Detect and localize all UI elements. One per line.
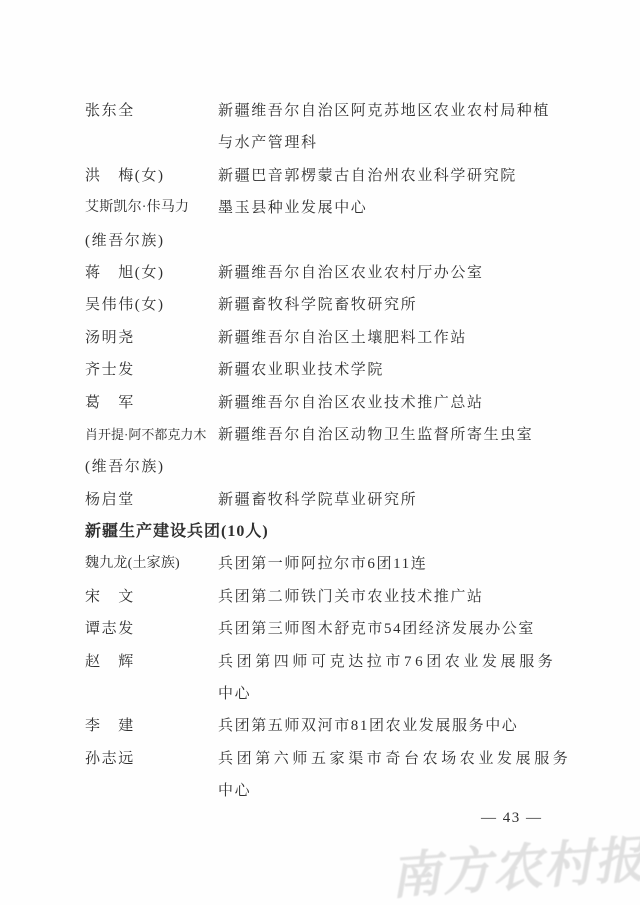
person-ethnic-note: (维吾尔族)	[85, 225, 218, 257]
org-name: 兵团第一师阿拉尔市6团11连	[218, 548, 560, 580]
table-row: 赵 辉 兵团第四师可克达拉市76团农业发展服务 中心	[85, 646, 560, 711]
table-row: 艾斯凯尔·佧马力 (维吾尔族) 墨玉县种业发展中心	[85, 192, 560, 257]
org-name: 新疆维吾尔自治区农业技术推广总站	[218, 387, 560, 419]
section-heading-text: 新疆生产建设兵团(10人)	[85, 516, 560, 548]
table-row: 吴伟伟(女) 新疆畜牧科学院畜牧研究所	[85, 289, 560, 321]
table-row: 洪 梅(女) 新疆巴音郭楞蒙古自治州农业科学研究院	[85, 160, 560, 192]
page-number: — 43 —	[481, 806, 543, 830]
org-name: 新疆畜牧科学院草业研究所	[218, 484, 560, 516]
section-heading: 新疆生产建设兵团(10人)	[85, 516, 560, 548]
person-name: 肖开提·阿不都克力木	[85, 419, 218, 451]
table-row: 肖开提·阿不都克力木 (维吾尔族) 新疆维吾尔自治区动物卫生监督所寄生虫室	[85, 419, 560, 484]
person-name: 张东全	[85, 95, 218, 127]
org-name: 新疆维吾尔自治区农业农村厅办公室	[218, 257, 560, 289]
person-name: 洪 梅(女)	[85, 160, 218, 192]
table-row: 汤明尧 新疆维吾尔自治区土壤肥料工作站	[85, 322, 560, 354]
table-row: 杨启堂 新疆畜牧科学院草业研究所	[85, 484, 560, 516]
table-row: 张东全 新疆维吾尔自治区阿克苏地区农业农村局种植 与水产管理科	[85, 95, 560, 160]
org-name: 兵团第四师可克达拉市76团农业发展服务	[218, 646, 560, 678]
person-name: 杨启堂	[85, 484, 218, 516]
org-name: 兵团第五师双河市81团农业发展服务中心	[218, 710, 560, 742]
table-row: 蒋 旭(女) 新疆维吾尔自治区农业农村厅办公室	[85, 257, 560, 289]
person-name: 宋 文	[85, 581, 218, 613]
person-name: 艾斯凯尔·佧马力	[85, 192, 218, 224]
person-name: 葛 军	[85, 387, 218, 419]
table-row: 孙志远 兵团第六师五家渠市奇台农场农业发展服务 中心	[85, 743, 560, 808]
org-name: 墨玉县种业发展中心	[218, 192, 560, 224]
person-name: 蒋 旭(女)	[85, 257, 218, 289]
person-name: 吴伟伟(女)	[85, 289, 218, 321]
table-row: 葛 军 新疆维吾尔自治区农业技术推广总站	[85, 387, 560, 419]
org-name: 新疆畜牧科学院畜牧研究所	[218, 289, 560, 321]
table-row: 宋 文 兵团第二师铁门关市农业技术推广站	[85, 581, 560, 613]
org-name: 兵团第六师五家渠市奇台农场农业发展服务	[218, 743, 560, 775]
org-name: 新疆农业职业技术学院	[218, 354, 560, 386]
person-name: 赵 辉	[85, 646, 218, 678]
org-name: 新疆维吾尔自治区阿克苏地区农业农村局种植	[218, 95, 560, 127]
person-name: 李 建	[85, 710, 218, 742]
org-name: 新疆巴音郭楞蒙古自治州农业科学研究院	[218, 160, 560, 192]
person-name: 汤明尧	[85, 322, 218, 354]
table-row: 齐士发 新疆农业职业技术学院	[85, 354, 560, 386]
table-row: 李 建 兵团第五师双河市81团农业发展服务中心	[85, 710, 560, 742]
org-name: 兵团第二师铁门关市农业技术推广站	[218, 581, 560, 613]
table-row: 谭志发 兵团第三师图木舒克市54团经济发展办公室	[85, 613, 560, 645]
newspaper-watermark: 南方农村报	[388, 819, 640, 905]
table-row: 魏九龙(土家族) 兵团第一师阿拉尔市6团11连	[85, 548, 560, 580]
org-name-continuation: 与水产管理科	[218, 127, 560, 159]
org-name: 新疆维吾尔自治区土壤肥料工作站	[218, 322, 560, 354]
org-name-continuation: 中心	[218, 678, 560, 710]
person-name: 谭志发	[85, 613, 218, 645]
org-name: 兵团第三师图木舒克市54团经济发展办公室	[218, 613, 560, 645]
person-name: 齐士发	[85, 354, 218, 386]
person-name: 魏九龙(土家族)	[85, 548, 218, 580]
document-page: 张东全 新疆维吾尔自治区阿克苏地区农业农村局种植 与水产管理科 洪 梅(女) 新…	[0, 0, 640, 905]
org-name-continuation: 中心	[218, 775, 560, 807]
name-list: 张东全 新疆维吾尔自治区阿克苏地区农业农村局种植 与水产管理科 洪 梅(女) 新…	[85, 95, 560, 808]
person-name: 孙志远	[85, 743, 218, 775]
person-ethnic-note: (维吾尔族)	[85, 451, 218, 483]
org-name: 新疆维吾尔自治区动物卫生监督所寄生虫室	[218, 419, 560, 451]
